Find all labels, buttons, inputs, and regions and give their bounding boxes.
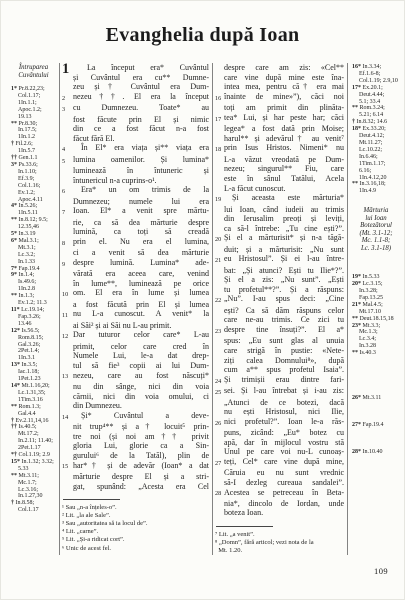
cross-reference-line: Deut.4.12; [352, 133, 400, 140]
reference-text: 1In.4.9 [352, 188, 376, 195]
verse-line: gat, spunând: „Acesta era Cel [62, 482, 209, 492]
verse-line: 15har*† și de adevăr (Ioan* a dat [62, 461, 209, 472]
reference-text: In.3.34; [363, 64, 382, 70]
verse-number [62, 361, 73, 371]
verse-text: primit, celor care cred în [73, 342, 209, 352]
verse-number [62, 441, 73, 451]
reference-text: Gal.4.4 [11, 411, 36, 418]
cross-reference-line: Lc.3.4; [352, 336, 400, 343]
verse-line: cărnii, nici din voia omului, ci [62, 392, 209, 402]
cross-reference-line: Lc.1.31,35; [11, 390, 56, 397]
reference-text: In.1.33 [11, 259, 35, 266]
reference-text: Ev.1.2; [11, 190, 35, 197]
cross-reference-line: Mt.3.1; [11, 245, 56, 252]
reference-text: Lc.3.2; [11, 252, 35, 259]
verse-line: luminează în întuneric și [62, 166, 209, 176]
verse-line: în lume**, luminează pe orice [62, 279, 209, 289]
verse-text: Și aceasta este mărturia* [224, 193, 344, 204]
reference-marker: † [11, 418, 14, 424]
verse-text: lumină, ca toți să creadă [73, 227, 209, 237]
verse-line: La început era* Cuvântul [62, 63, 209, 73]
cross-reference-line: In.1.10; [11, 169, 56, 176]
cross-reference-line: †Fil.2.6; [11, 141, 56, 148]
cross-reference-line: *†Col.1.19; 2.9 [11, 452, 56, 459]
section-heading-line: lui Ioan [352, 215, 400, 223]
cross-reference-line: 6*Mal.3.1; [11, 238, 56, 245]
verse-line: nia*, dincolo de Iordan, unde [215, 499, 344, 509]
verse-line: lumină, ca toți să creadă [62, 227, 209, 237]
verse-number [62, 482, 73, 492]
verse-number [215, 478, 224, 488]
cross-reference-line: 7*Fap.19.4 [11, 266, 56, 273]
cross-reference-line: 1In.5.7 [11, 148, 56, 155]
verse-number [215, 155, 224, 165]
footnote-rule [216, 526, 273, 527]
footnote-line: Mt. 1.20. [215, 547, 344, 555]
reference-marker: 16* [352, 64, 361, 70]
reference-marker: ** [11, 404, 17, 410]
cross-reference-line: 16*In.3.34; [352, 64, 400, 71]
reference-marker: 13* [11, 362, 20, 368]
verse-text: din Dumnezeu. [73, 401, 209, 411]
cross-reference-line: In.3.28; [352, 288, 400, 295]
reference-marker: 17* [352, 85, 361, 91]
verse-text: Și el a mărturisit* și n-a tăgă- [224, 233, 344, 244]
section-heading-line: (Mt. 3.1-12; [352, 230, 400, 238]
footnote-line: ² Lit. „la ale Sale”. [62, 512, 209, 520]
verse-line: puns, zicând: „Eu* botez cu [215, 428, 344, 438]
verse-number [62, 432, 73, 442]
footnote-line: ⁵ Lit. „Și-a ridicat cort”. [62, 536, 209, 544]
verse-number: 18 [215, 143, 224, 154]
verse-line: să-I dezleg cureaua sandalei”. [215, 478, 344, 488]
reference-marker: ** [352, 181, 358, 187]
cross-reference-line: 4*In.5.26; [11, 203, 56, 210]
reference-text: 6.16; [352, 168, 371, 175]
verse-text: cu Dumnezeu. Toate* au [73, 103, 209, 114]
verse-line: este în sânul Tatălui, Acela [215, 174, 344, 184]
footnote-line: ⁸ „Domn”, fără articol; vezi nota de la [215, 539, 344, 547]
verse-number: 20 [215, 233, 224, 244]
verse-text: spus: „Eu sunt glas al unuia [224, 336, 344, 346]
verse-line: 13nezeu, care au fost născuți* [62, 371, 209, 382]
verse-text: tea* Lui, și har peste har; căci [224, 113, 344, 124]
verse-line: boteza Ioan. [215, 508, 344, 518]
reference-text: Is.40.3 [360, 350, 376, 356]
verse-text: nu ești Hristosul, nici Ilie, [224, 407, 344, 417]
cross-reference-line: In.6.46; [352, 154, 400, 161]
verse-number: 9 [62, 258, 73, 269]
verse-line: 6Era* un om trimis de la [62, 185, 209, 196]
reference-text: 1Tim.1.17; [352, 161, 385, 168]
reference-text: Mt.17.2; [11, 431, 39, 438]
verse-text: ci a venit să dea mărturie [73, 248, 209, 258]
verse-line: gurului⁶ de la Tatăl), plin de [62, 451, 209, 461]
verse-line: 14Și* Cuvântul a deve- [62, 411, 209, 422]
verse-line: gloria Lui, glorie ca a Sin- [62, 441, 209, 451]
cross-reference-line: 1Tim.3.16 [11, 397, 56, 404]
reference-text: Rom.1.3; [19, 404, 41, 410]
reference-text: In.17.5; [11, 127, 37, 134]
cross-reference-line: 1In.3.1 [11, 355, 56, 362]
cross-reference-line: 5.33 [11, 466, 56, 473]
verse-number [62, 451, 73, 461]
verse-text: ziți calea Domnului⁸», după [224, 356, 344, 366]
verse-text: toți am primit din plinăta- [224, 103, 344, 113]
verse-text: nezeu††. El era la început [73, 92, 209, 103]
verse-line: nu din sânge, nici din voia [62, 382, 209, 392]
reference-marker: ** [11, 121, 17, 127]
cross-reference-line: 11*Lc.19.14; [11, 307, 56, 314]
reference-marker: 4* [11, 203, 17, 209]
section-heading-line: Mărturia [352, 207, 400, 215]
verse-number: 12 [62, 330, 73, 341]
cross-reference-line: Mt.17.10 [352, 309, 400, 316]
verse-text: nici profetul?”. Ioan le-a răs- [224, 417, 344, 428]
verse-number [62, 227, 73, 237]
verse-text: om. El era în lume și lumea [73, 288, 209, 299]
verse-number [215, 174, 224, 184]
cross-reference-line: Fap.3.26; [11, 314, 56, 321]
verse-text: har*† și de adevăr (Ioan* a dat [73, 461, 209, 472]
reference-marker: *† [11, 452, 17, 458]
reference-text: Fap.13.25 [352, 295, 383, 302]
reference-text: Apoc.1.2; [11, 107, 42, 114]
verse-line: și Cuvântul era cu** Dumne- [62, 73, 209, 83]
reference-text: Mt.3.11 [363, 395, 382, 401]
verse-text: ca să-l întrebe: „Tu cine ești?”. [224, 224, 344, 234]
section-heading-line: Cuvântului [11, 72, 56, 80]
verse-text: gurului⁶ de la Tatăl), plin de [73, 451, 209, 461]
cross-reference-line: In.2.11; 11.40; [11, 438, 56, 445]
reference-text: Ev.1.2; 11.3 [11, 300, 47, 307]
verse-line: Unul pe care voi nu-L cunoaș- [215, 447, 344, 457]
verse-text: zeu și† Cuvântul era Dum- [73, 82, 209, 92]
cross-reference-line: 13.46 [11, 321, 56, 328]
cross-reference-line: 19.13 [11, 114, 56, 121]
verse-number: 25 [215, 386, 224, 397]
verse-line: 21eu Hristosul”. Și ei l-au între- [215, 254, 344, 265]
right-margin-notes: 16*In.3.34;Ef.1.6-8;Col.1.19; 2.9,1017*E… [348, 63, 402, 456]
left-margin-notes: ÎntrupareaCuvântului 1*Pr.8.22,23;Col.1.… [7, 63, 59, 514]
verse-text: ești? Ca să dăm răspuns celor [224, 306, 344, 316]
verse-number [62, 321, 73, 331]
verse-number: 3 [62, 103, 73, 114]
cross-reference-line: Mc.1.3; [352, 329, 400, 336]
cross-reference-line: Col.1.17 [11, 507, 56, 514]
verse-number: 26 [215, 417, 224, 428]
verse-number [215, 134, 224, 144]
verse-text: este în sânul Tatălui, Acela [224, 174, 344, 184]
verse-number [215, 508, 224, 518]
verse-text: apă, dar în mijlocul vostru stă [224, 438, 344, 448]
footnotes-column-1: ¹ Sau „n-a înțeles-o”.² Lit. „la ale Sal… [62, 504, 209, 553]
reference-marker: 3* [11, 162, 17, 168]
cross-reference-line: 21*Mal.4.5; [352, 302, 400, 309]
cross-reference-line: Gal.3.26; [11, 342, 56, 349]
verse-line: întunericul n-a cuprins-o¹. [62, 176, 209, 186]
verse-line: 8prin el. Nu era el lumina, [62, 237, 209, 248]
verse-line: vărată era aceea care, venind [62, 269, 209, 279]
left-cross-references: 1*Pr.8.22,23;Col.1.17;1In.1.1;Apoc.1.2;1… [11, 86, 56, 514]
reference-text: 1Pet.1.23 [11, 376, 41, 383]
reference-marker: ** [11, 473, 17, 479]
verse-line: 23despre tine însuți?”. El a* [215, 325, 344, 336]
cross-reference-line: 1*Pr.8.22,23; [11, 86, 56, 93]
reference-text: Deut.18.15,18 [360, 316, 394, 322]
verse-text: boteza Ioan. [224, 508, 344, 518]
verse-number: 14 [62, 411, 73, 422]
cross-reference-line: ††Is.40.5; [11, 424, 56, 431]
reference-marker: † [11, 500, 14, 506]
verse-text: din Ierusalim preoți și leviți, [224, 214, 344, 224]
cross-reference-line: 17*Ex.20.1; [352, 85, 400, 92]
verse-text: Dar tuturor celor care* L-au [73, 330, 209, 341]
verse-line: ai Săi² și ai Săi nu L-au primit. [62, 321, 209, 331]
verse-text: Ioan. El* a venit spre mărtu- [73, 206, 209, 217]
verse-text-block-1: La început era* Cuvântulși Cuvântul era … [62, 63, 209, 491]
verse-text: a fost făcută prin El și lumea [73, 300, 209, 310]
reference-text: In.5.33 [363, 274, 380, 280]
verse-text: întunericul n-a cuprins-o¹. [73, 176, 209, 186]
cross-reference-line: 28*In.10.40 [352, 449, 400, 456]
verse-number [215, 224, 224, 234]
verse-line: 17tea* Lui, și har peste har; căci [215, 113, 344, 124]
verse-number [215, 82, 224, 92]
footnote-line: ⁶ Unic de acest fel. [62, 545, 209, 553]
cross-reference-line: 23*Mt.3.3; [352, 323, 400, 330]
verse-text-block-2: despre care am zis: «Cel**care vine după… [215, 63, 344, 518]
verse-text: tul să fie³ copii ai lui Dum- [73, 361, 209, 371]
verse-number: 5 [62, 155, 73, 166]
verse-text: Unul pe care voi nu-L cunoaș- [224, 447, 344, 457]
verse-text: Și* Cuvântul a deve- [73, 411, 209, 422]
cross-reference-line: 27*Fap.19.4 [352, 422, 400, 429]
cross-reference-line: 1Tim.1.17; [352, 161, 400, 168]
verse-line: 20Și el a mărturisit* și n-a tăgă- [215, 233, 344, 244]
section-heading-line: Întruparea [11, 64, 56, 72]
cross-reference-line: 14*Mt.1.16,20; [11, 383, 56, 390]
verse-text: teți, Cel* care vine după mine, [224, 457, 344, 468]
reference-text: Mal.3.1; [19, 238, 39, 244]
reference-text: 5.21; 6.14 [352, 112, 383, 119]
verse-text: gat, spunând: „Acesta era Cel [73, 482, 209, 492]
reference-text: Mal.4.5; [363, 302, 383, 308]
verse-text: sei. Și l-au întrebat și i-au zis: [224, 386, 344, 397]
reference-text: Col.1.19; 2.9 [19, 452, 50, 458]
cross-reference-line: 6.16; [352, 168, 400, 175]
cross-reference-line: 1In.1.2 [11, 134, 56, 141]
verse-number: 10 [62, 288, 73, 299]
verse-number [215, 63, 224, 73]
verse-text: din ce a fost făcut n-a fost [73, 124, 209, 134]
verse-line: 4În El* era viața și** viața era [62, 143, 209, 154]
verse-line: „Atunci de ce botezi, dacă [215, 398, 344, 408]
reference-marker: 6* [11, 238, 17, 244]
verse-number [62, 248, 73, 258]
reference-text: In.1.3; [19, 293, 35, 299]
reference-text: 1Tim.3.16 [11, 397, 43, 404]
cross-reference-line: ††Gen.1.1 [11, 155, 56, 162]
verse-line: legea* a fost dată prin Moise; [215, 124, 344, 134]
verse-number [62, 82, 73, 92]
verse-number [215, 285, 224, 295]
reference-marker: ** [352, 350, 358, 356]
verse-text: făcut fără El. [73, 134, 209, 144]
verse-line: tul să fie³ copii ai lui Dum- [62, 361, 209, 371]
verse-number [215, 266, 224, 276]
cross-reference-line: 12*Is.56.5; [11, 328, 56, 335]
verse-number [215, 205, 224, 215]
verse-text: luminează în întuneric și [73, 166, 209, 176]
footnote-line: ¹ Sau „n-a înțeles-o”. [62, 504, 209, 512]
verse-number [215, 306, 224, 316]
verse-line: din ce a fost făcut n-a fost [62, 124, 209, 134]
reference-text: In.3.5; [22, 362, 38, 368]
verse-text: Și trimișii erau dintre fari- [224, 375, 344, 386]
cross-reference-line: Col.1.16; [11, 183, 56, 190]
reference-text: 2Pet.1.4; [11, 348, 39, 355]
cross-reference-line: Iac.1.18; [11, 369, 56, 376]
reference-marker: 1* [11, 86, 17, 92]
verse-line: ci a venit să dea mărturie [62, 248, 209, 258]
reference-marker: 19* [352, 274, 361, 280]
verse-number [215, 468, 224, 478]
verse-number [62, 300, 73, 310]
reference-text: Ef.3.9; [11, 176, 34, 183]
verse-line: 2nezeu††. El era la început [62, 92, 209, 103]
cross-reference-line: **Rom.1.3; [11, 404, 56, 411]
reference-text: Lc.19.14; [21, 307, 44, 313]
reference-text: Lc.3.4; [352, 336, 376, 343]
verse-number [215, 336, 224, 346]
verse-text: „Nu”. I-au spus deci: „Cine [224, 294, 344, 305]
verse-text: nezeu, care au fost născuți* [73, 371, 209, 382]
verse-number [215, 315, 224, 325]
reference-text: Col.1.17 [11, 507, 39, 514]
reference-text: Ef.1.6-8; [352, 71, 380, 78]
verse-line: 7Ioan. El* a venit spre mărtu- [62, 206, 209, 217]
verse-line: 26nici profetul?”. Ioan le-a răs- [215, 417, 344, 428]
cross-reference-line: Ev.1.2; 11.3 [11, 300, 56, 307]
footnote-line: ³ Sau „autoritatea să ia locul de”. [62, 520, 209, 528]
verse-line: 22„Nu”. I-au spus deci: „Cine [215, 294, 344, 305]
cross-reference-line: 3*Ps.33.6; [11, 162, 56, 169]
cross-reference-line: Lc.3.16; [11, 487, 56, 494]
cross-reference-line: In.1.33 [11, 259, 56, 266]
reference-text: Mt.3.1; [11, 245, 36, 252]
verse-number: 11 [62, 309, 73, 320]
verse-text: lui Ioan, când iudeii au trimis [224, 205, 344, 215]
cross-reference-line: Ef.1.6-8; [352, 71, 400, 78]
verse-line: Și el a zis: „Nu sunt”. „Ești [215, 275, 344, 285]
verse-line: L-a făcut cunoscut. [215, 184, 344, 194]
verse-number [62, 382, 73, 392]
verse-line: nit trup⁴** și a† locuit⁵ prin- [62, 422, 209, 432]
verse-line: din Ierusalim preoți și leviți, [215, 214, 344, 224]
reference-text: Mc.1.7; [11, 480, 37, 487]
verse-line: cum a** spus profetul Isaia”. [215, 365, 344, 375]
reference-text: Is.56.5; [22, 328, 40, 334]
reference-marker: 14* [11, 383, 20, 389]
verse-line: care strigă în pustie: «Nete- [215, 346, 344, 356]
verse-line: 3cu Dumnezeu. Toate* au [62, 103, 209, 114]
reference-marker: 27* [352, 422, 361, 428]
reference-marker: † [11, 141, 14, 147]
text-column-2: despre care am zis: «Cel**care vine după… [213, 63, 347, 555]
verse-text: bat: „Și atunci? Ești tu Ilie*?”. [224, 266, 344, 276]
verse-line: 25sei. Și l-au întrebat și i-au zis: [215, 386, 344, 397]
page-title: Evanghelia după Ioan [0, 0, 405, 47]
cross-reference-line: Lc.10.22; [352, 147, 400, 154]
verse-line: a fost făcută prin El și lumea [62, 300, 209, 310]
book-page: Evanghelia după Ioan ÎntrupareaCuvântulu… [0, 0, 405, 600]
verse-number [215, 365, 224, 375]
reference-text: Gen.1.1 [19, 155, 38, 161]
verse-number: 22 [215, 294, 224, 305]
section-heading-line: Botezătorul [352, 222, 400, 230]
cross-reference-line: †In.8.32; 14.6 [352, 119, 400, 126]
verse-text: care strigă în pustie: «Nete- [224, 346, 344, 356]
verse-text: prin Isus Hristos. Nimeni* nu [224, 143, 344, 154]
verse-line: nezeu; singurul** Fiu, care [215, 164, 344, 174]
reference-marker: †† [11, 424, 17, 430]
cross-reference-line: Gal.4.4 [11, 411, 56, 418]
cross-reference-line: Ev.1.2; [11, 190, 56, 197]
verse-number [215, 184, 224, 194]
cross-reference-line: In.17.5; [11, 127, 56, 134]
verse-text: L-a făcut cunoscut. [224, 184, 344, 194]
verse-text: În El* era viața și** viața era [73, 143, 209, 154]
verse-line: fost făcute prin El și nimic [62, 115, 209, 125]
reference-text: 1In.1.2 [11, 134, 35, 141]
verse-text: ai Săi² și ai Săi nu L-au primit. [73, 321, 209, 331]
cross-reference-line: **In.8.12; 9.5; [11, 217, 56, 224]
page-number: 109 [374, 566, 388, 576]
verse-text: vărată era aceea care, venind [73, 269, 209, 279]
verse-number: 6 [62, 185, 73, 196]
verse-text: Și el a zis: „Nu sunt”. „Ești [224, 275, 344, 285]
verse-text: despre care am zis: «Cel** [224, 63, 344, 73]
cross-reference-line: Fap.13.25 [352, 295, 400, 302]
reference-text: 1In.3.1 [11, 355, 35, 362]
verse-text: rie, ca să dea mărturie despre [73, 218, 209, 228]
cross-reference-line: 5.21; 6.14 [352, 112, 400, 119]
verse-number: 28 [215, 488, 224, 499]
verse-text: în lume**, luminează pe orice [73, 279, 209, 289]
reference-text: Mc.1.3; [352, 329, 378, 336]
verse-text: L-a văzut vreodată pe Dum- [224, 155, 344, 165]
verse-number [215, 275, 224, 285]
reference-marker: 5* [11, 231, 17, 237]
verse-line: mărturie despre El și a stri- [62, 472, 209, 482]
reference-text: Is.49.6; [11, 279, 36, 286]
cross-reference-line: 1In.5.11 [11, 210, 56, 217]
cross-reference-line: Col.1.17; [11, 93, 56, 100]
verse-line: 19Și aceasta este mărturia* [215, 193, 344, 204]
verse-number: 4 [62, 143, 73, 154]
cross-reference-line: 1In.1.1; [11, 100, 56, 107]
verse-number [62, 124, 73, 134]
verse-number [62, 218, 73, 228]
reference-text: Mt.3.3; [363, 323, 381, 329]
right-cross-references-bottom: 26*Mt.3.1127*Fap.19.428*In.10.40 [352, 395, 400, 456]
verse-line: harul** și adevărul† au venit⁷ [215, 134, 344, 144]
reference-text: In.1.27,30 [11, 493, 43, 500]
cross-reference-line: 19*In.5.33 [352, 274, 400, 281]
cross-reference-line: In.3.28 [352, 343, 400, 350]
reference-text: Ev.2.11,14,16 [16, 418, 49, 424]
